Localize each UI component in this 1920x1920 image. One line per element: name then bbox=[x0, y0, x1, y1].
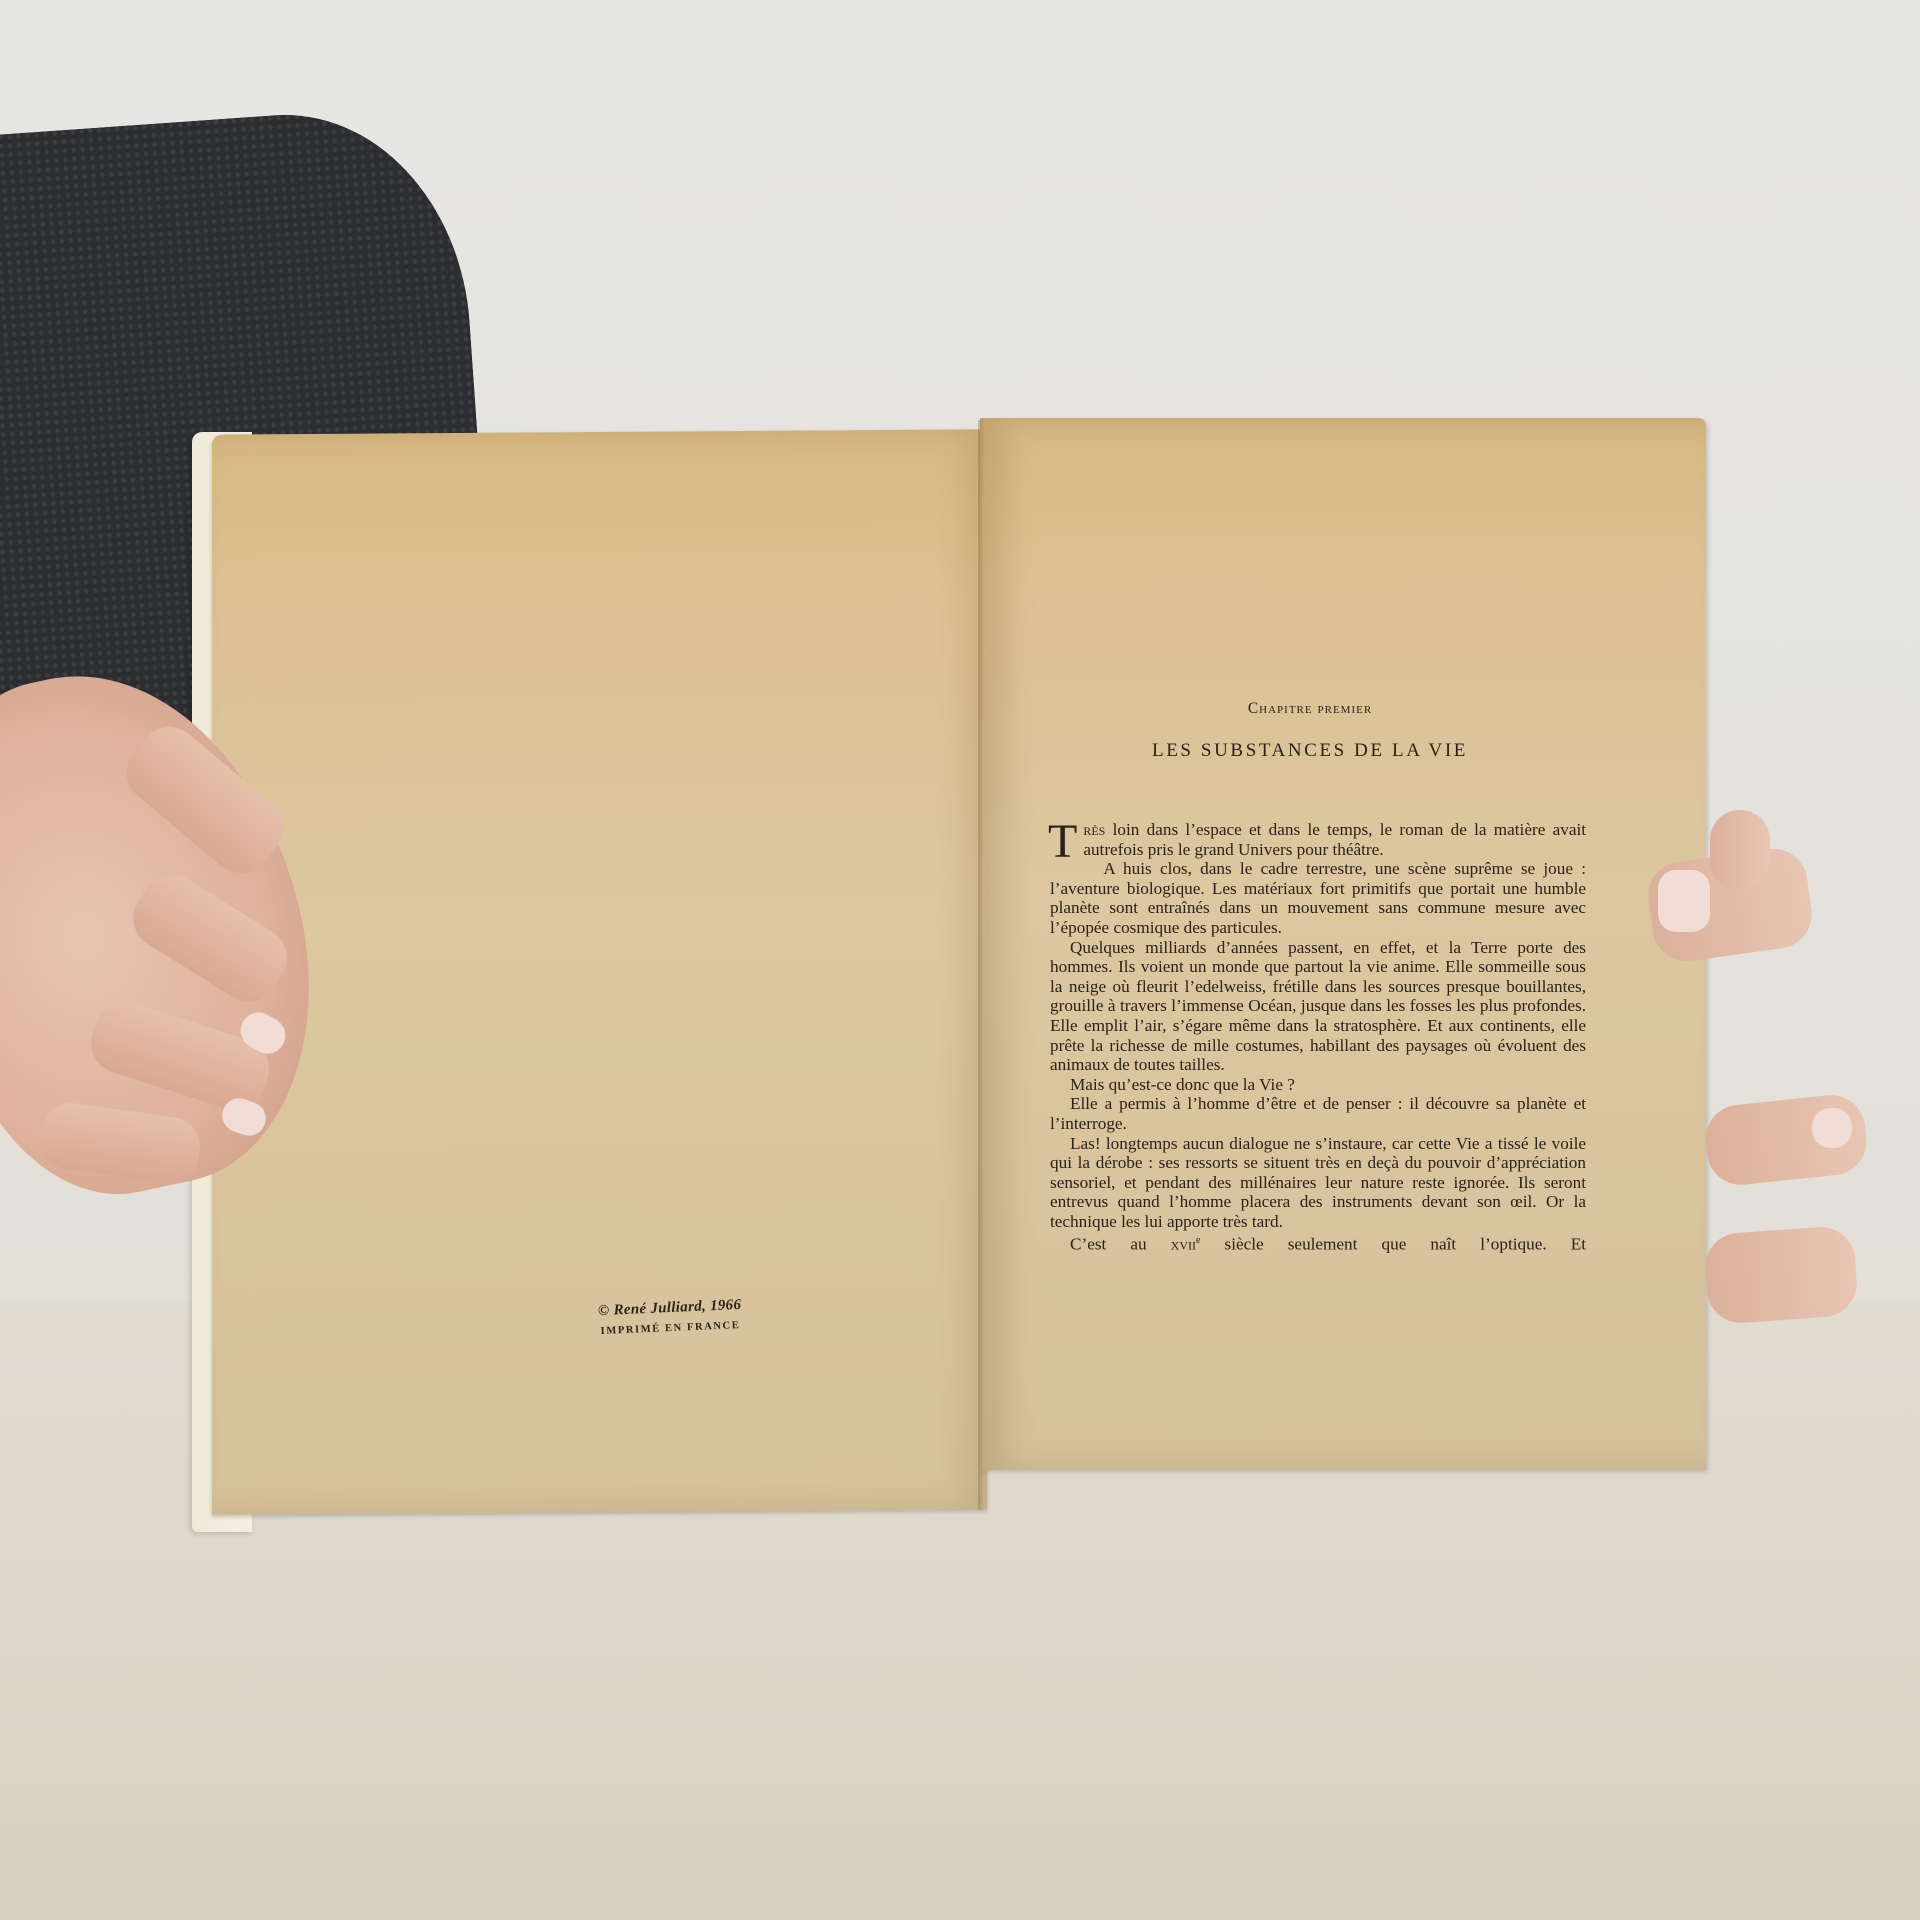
fingernail bbox=[1812, 1108, 1852, 1148]
dropcap: T bbox=[1048, 822, 1077, 862]
text-fragment: C’est au bbox=[1070, 1235, 1171, 1254]
paragraph-last-line: C’est au xviie siècle seulement que naît… bbox=[1050, 1231, 1586, 1254]
text-fragment: siècle seulement que naît l’optique. Et bbox=[1200, 1235, 1586, 1254]
chapter-label: Chapitre premier bbox=[1020, 700, 1600, 718]
paragraph-text: loin dans l’espace et dans le temps, le … bbox=[1083, 820, 1586, 859]
first-word-smallcaps: rès bbox=[1083, 820, 1105, 839]
paragraph: Quelques milliards d’années passent, en … bbox=[1050, 938, 1586, 1075]
paragraph: Mais qu’est-ce donc que la Vie ? bbox=[1050, 1075, 1586, 1095]
chapter-title: LES SUBSTANCES DE LA VIE bbox=[1020, 740, 1600, 762]
chapter-header: Chapitre premier LES SUBSTANCES DE LA VI… bbox=[1040, 700, 1600, 762]
century-numeral: xvii bbox=[1171, 1235, 1196, 1254]
paragraph: Las! longtemps aucun dialogue ne s’insta… bbox=[1050, 1134, 1586, 1232]
left-page bbox=[212, 429, 987, 1514]
paragraph: Elle a permis à l’homme d’être et de pen… bbox=[1050, 1094, 1586, 1133]
fingernail bbox=[1658, 870, 1710, 932]
paragraph: Très loin dans l’espace et dans le temps… bbox=[1050, 820, 1586, 859]
chapter-body: Très loin dans l’espace et dans le temps… bbox=[1050, 820, 1586, 1255]
book-gutter bbox=[978, 420, 984, 1510]
paragraph: A huis clos, dans le cadre terrestre, un… bbox=[1050, 859, 1586, 937]
right-finger bbox=[1703, 1225, 1859, 1325]
right-finger bbox=[1710, 810, 1770, 890]
